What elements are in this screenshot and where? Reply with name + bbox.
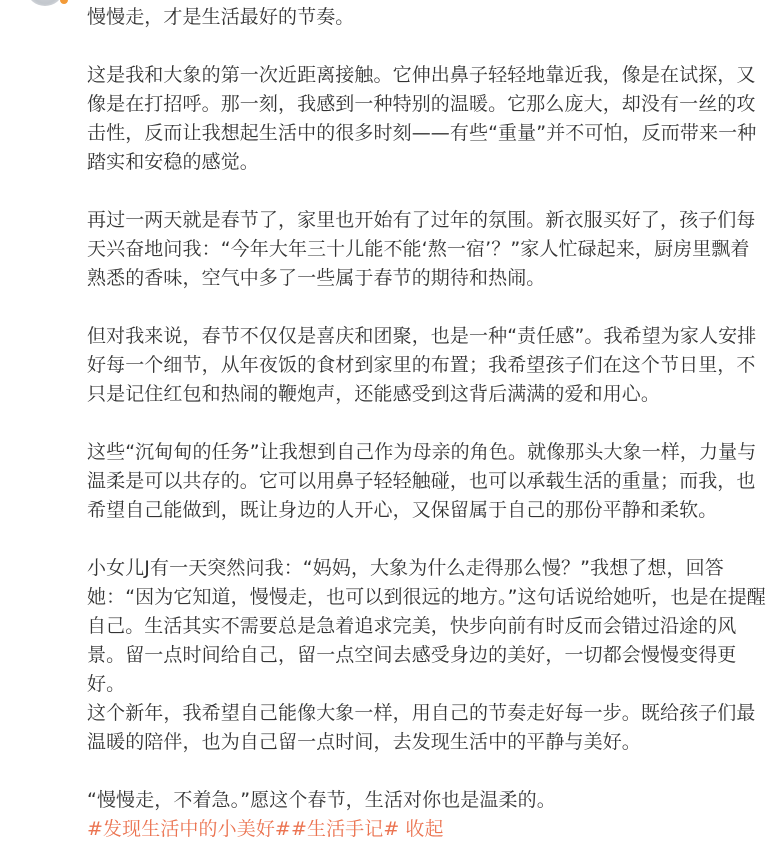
- post-paragraph: 慢慢走，才是生活最好的节奏。: [87, 3, 767, 32]
- post-paragraph: 再过一两天就是春节了，家里也开始有了过年的氛围。新衣服买好了，孩子们每天兴奋地问…: [87, 206, 767, 293]
- avatar[interactable]: [28, 0, 62, 6]
- post-paragraph: 但对我来说，春节不仅仅是喜庆和团聚，也是一种“责任感”。我希望为家人安排好每一个…: [87, 322, 767, 409]
- post-body: 慢慢走，才是生活最好的节奏。 这是我和大象的第一次近距离接触。它伸出鼻子轻轻地靠…: [87, 3, 767, 844]
- post-footer: #发现生活中的小美好##生活手记#收起: [87, 815, 767, 844]
- paragraph-gap: [87, 525, 767, 554]
- post-paragraph: “慢慢走，不着急。”愿这个春节，生活对你也是温柔的。: [87, 786, 767, 815]
- post-paragraph: 这个新年，我希望自己能像大象一样，用自己的节奏走好每一步。既给孩子们最温暖的陪伴…: [87, 699, 767, 757]
- collapse-button[interactable]: 收起: [405, 818, 443, 840]
- post-paragraph: 小女儿J有一天突然问我：“妈妈，大象为什么走得那么慢？”我想了想，回答她：“因为…: [87, 554, 767, 699]
- paragraph-gap: [87, 177, 767, 206]
- topic-link-small-joys[interactable]: #发现生活中的小美好#: [87, 818, 291, 840]
- paragraph-gap: [87, 32, 767, 61]
- paragraph-gap: [87, 409, 767, 438]
- post-paragraph: 这些“沉甸甸的任务”让我想到自己作为母亲的角色。就像那头大象一样，力量与温柔是可…: [87, 438, 767, 525]
- verified-badge-icon: [60, 0, 68, 4]
- paragraph-gap: [87, 293, 767, 322]
- paragraph-gap: [87, 757, 767, 786]
- post-paragraph: 这是我和大象的第一次近距离接触。它伸出鼻子轻轻地靠近我，像是在试探，又像是在打招…: [87, 61, 767, 177]
- topic-link-life-notes[interactable]: #生活手记#: [291, 818, 399, 840]
